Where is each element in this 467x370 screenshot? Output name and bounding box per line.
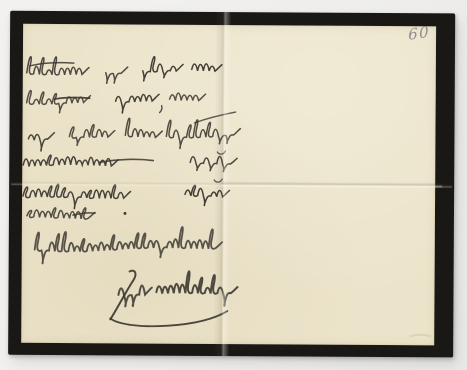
letter-paper bbox=[21, 24, 436, 346]
transcript-line: Obwohl ich mich sehr bbox=[0, 0, 1, 1]
pencil-page-number: 60 bbox=[408, 23, 431, 44]
mourning-letter-card: 60 bbox=[8, 11, 455, 358]
transcript: Obwohl ich mich sehr geehrt fühle, hab i… bbox=[0, 0, 1, 1]
scanned-letter-photo: 60 Obwohl ich mich sehr geehrt fühle, ha… bbox=[0, 0, 467, 370]
